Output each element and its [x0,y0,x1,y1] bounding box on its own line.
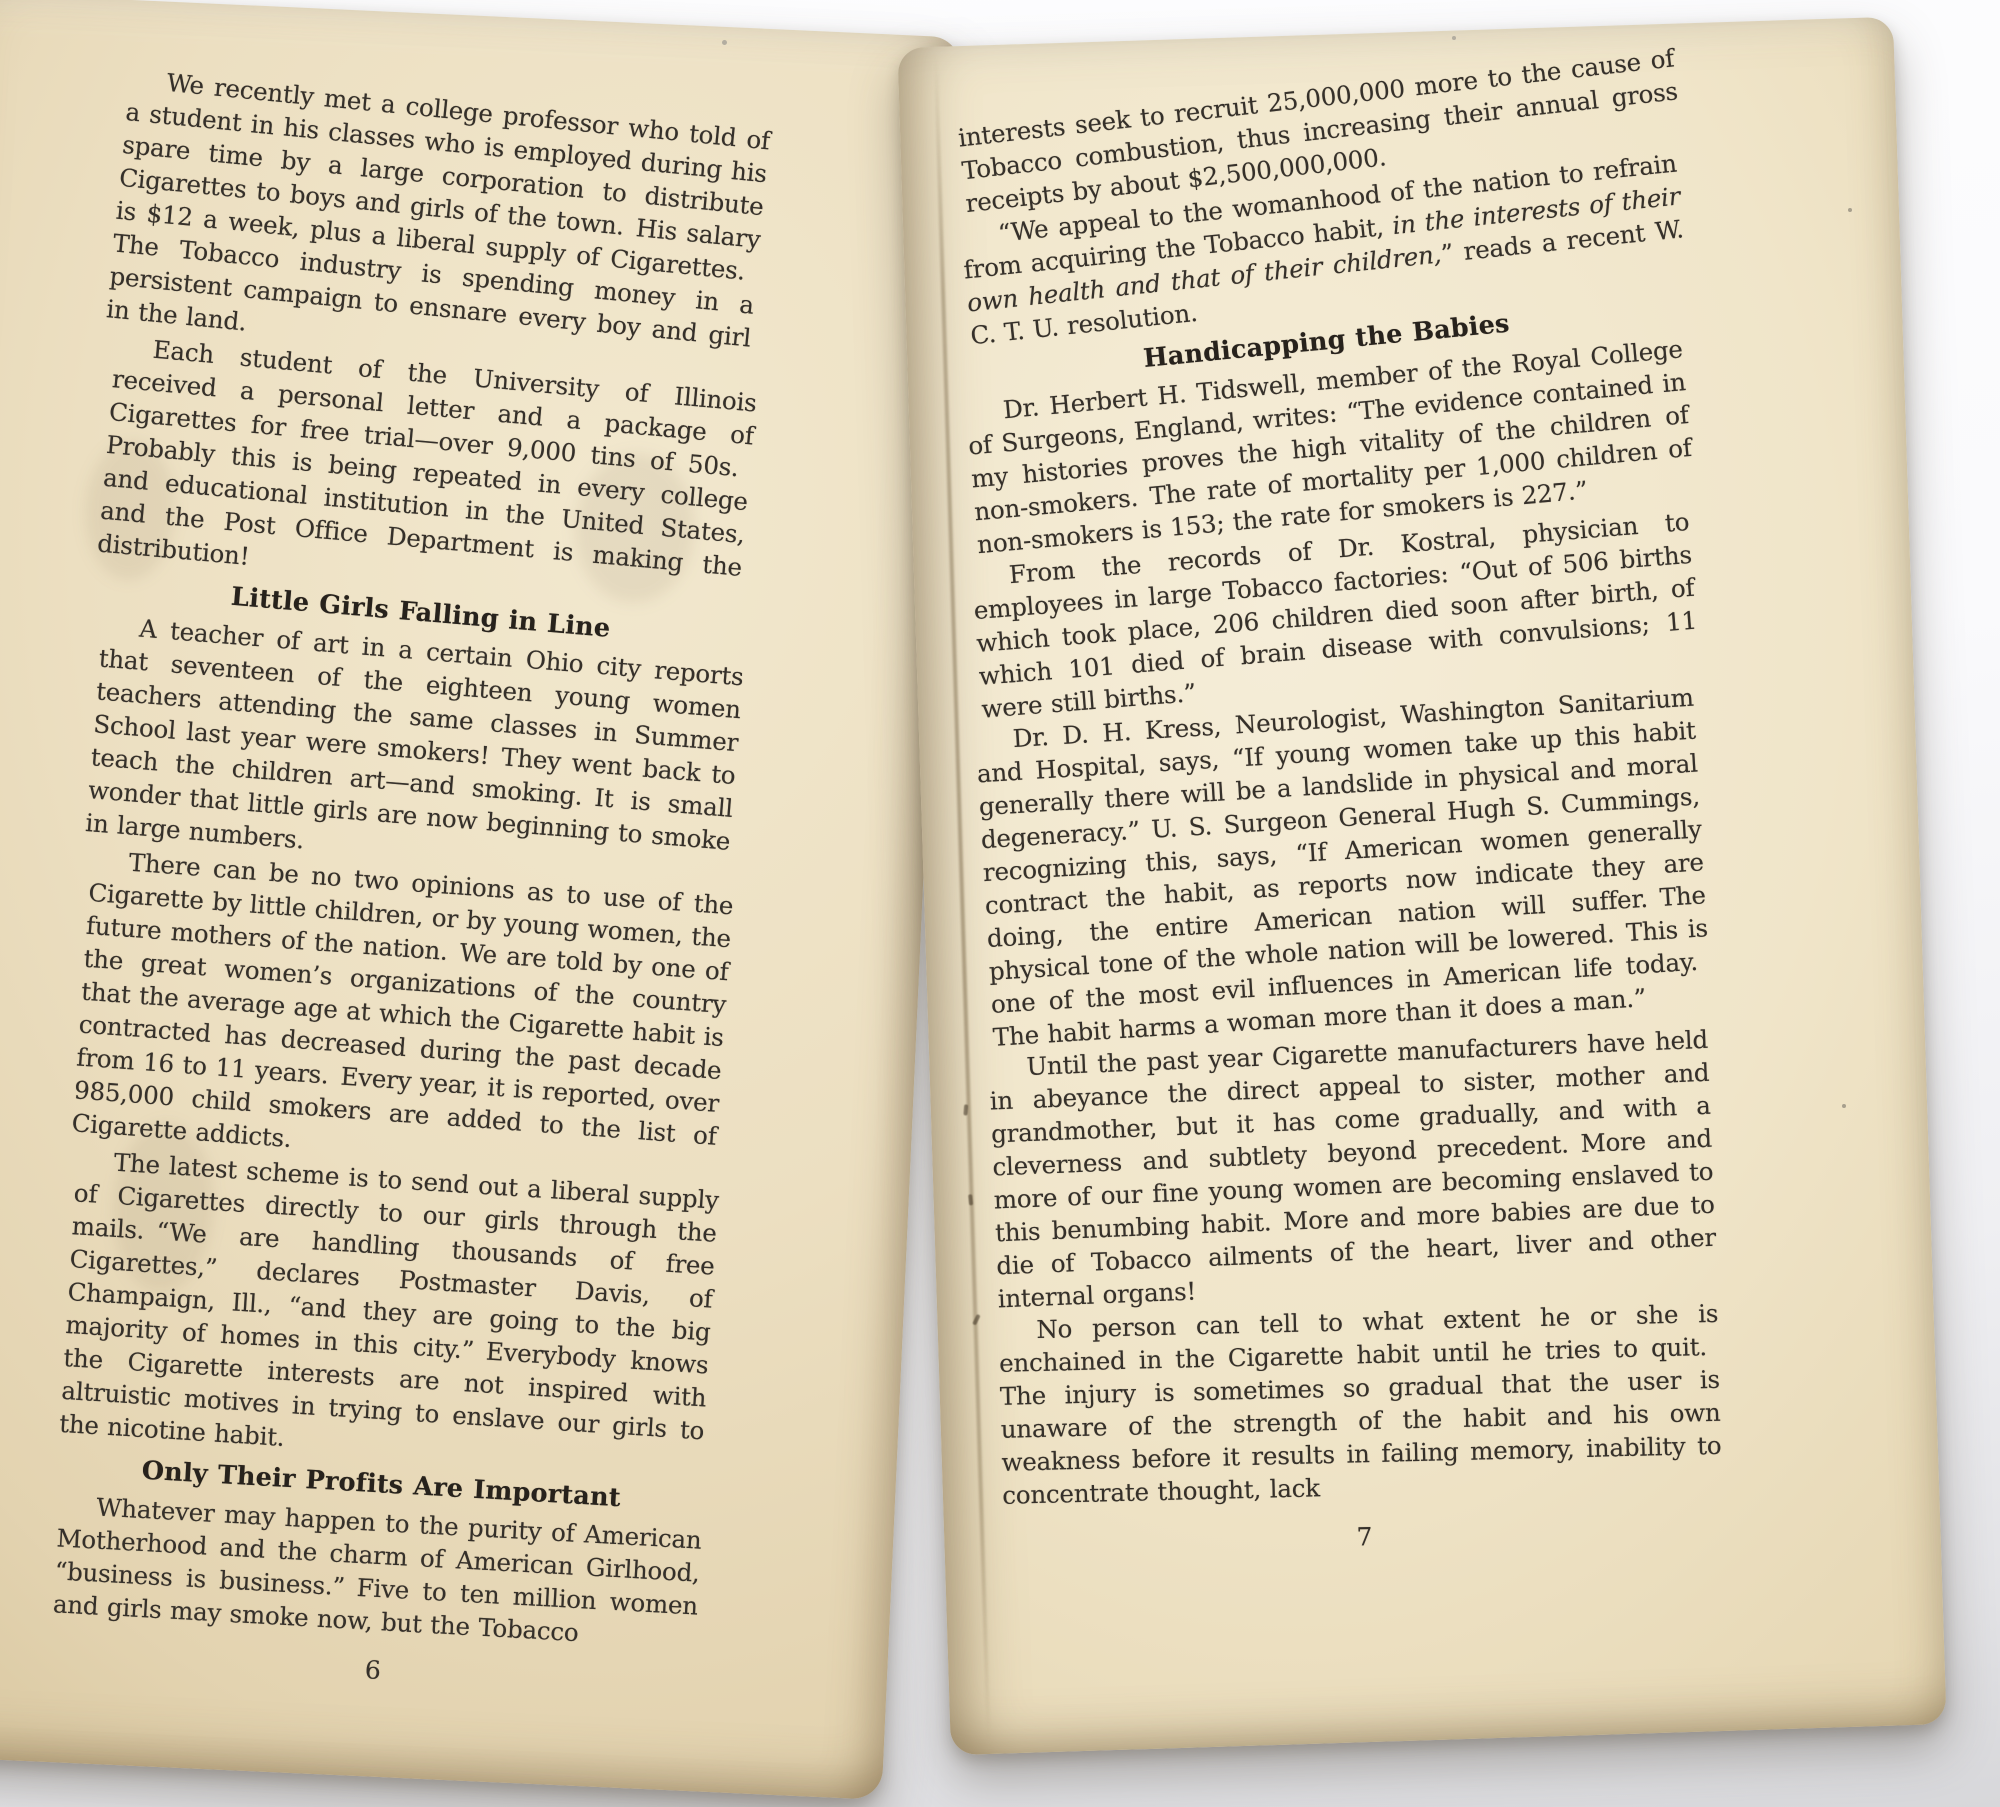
paragraph: There can be no two opinions as to use o… [71,843,735,1186]
spine-stitch [963,1104,968,1115]
booklet-photo: We recently met a college professor who … [0,0,2000,1807]
page-number: 7 [1004,1515,1724,1559]
paragraph: Until the past year Cigarette manufactur… [988,1023,1718,1316]
dust-speck [1452,36,1456,40]
paragraph: Dr. D. H. Kress, Neurologist, Washington… [974,681,1713,1054]
paragraph: A teacher of art in a certain Ohio city … [84,609,745,891]
dust-speck [722,40,727,45]
right-page-text: interests seek to recruit 25,000,000 mor… [959,82,1725,1565]
dust-speck [1842,1104,1846,1108]
dust-speck [1848,208,1852,212]
left-page: We recently met a college professor who … [0,0,961,1800]
paragraph: The latest scheme is to send out a liber… [58,1143,719,1480]
left-page-text: We recently met a college professor who … [50,72,766,1703]
paragraph: No person can tell to what extent he or … [998,1297,1722,1512]
right-page: interests seek to recruit 25,000,000 mor… [897,17,1946,1755]
